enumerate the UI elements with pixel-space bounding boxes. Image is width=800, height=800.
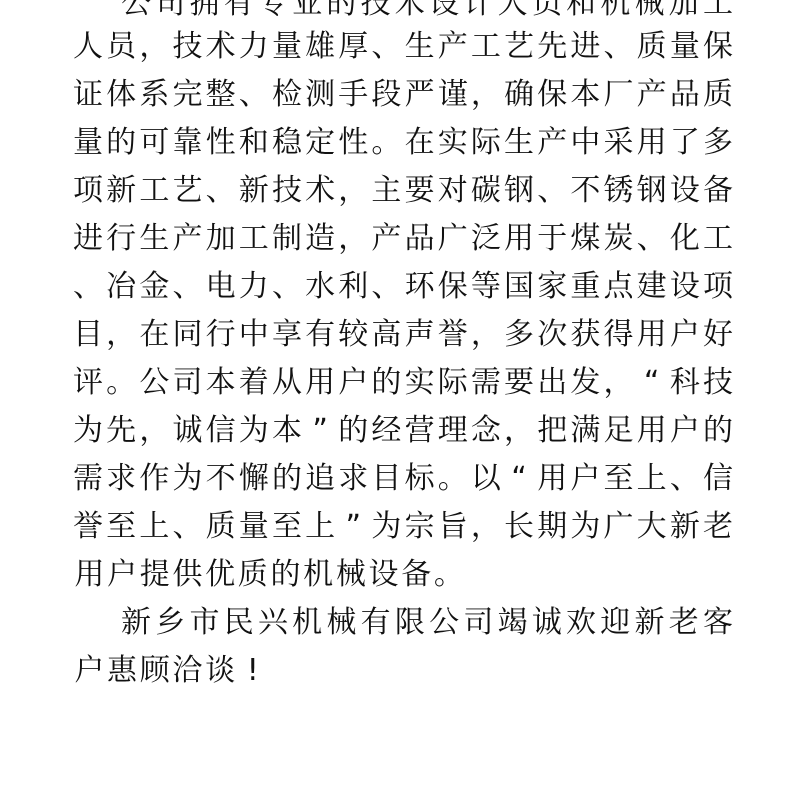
text-char: 。 bbox=[433, 555, 466, 595]
text-char: 质 bbox=[703, 75, 733, 115]
text-char: 长 bbox=[504, 507, 534, 547]
text-line: 项新工艺、新技术，主要对碳钢、不锈钢设备 bbox=[73, 171, 733, 211]
text-char: 迎 bbox=[600, 603, 630, 643]
text-line: 证体系完整、检测手段严谨，确保本厂产品质 bbox=[73, 75, 733, 115]
text-char: ” bbox=[305, 411, 335, 451]
text-char: 靠 bbox=[172, 123, 202, 163]
text-char: 宗 bbox=[405, 507, 435, 547]
text-char: 工 bbox=[703, 0, 733, 24]
text-char: 设 bbox=[670, 171, 700, 211]
text-char: 信 bbox=[206, 411, 236, 451]
text-char: 造 bbox=[305, 219, 335, 259]
text-char: 营 bbox=[405, 411, 435, 451]
text-char: 追 bbox=[305, 459, 335, 499]
text-char: 、 bbox=[272, 267, 302, 307]
text-char: 制 bbox=[272, 219, 302, 259]
text-line: 户惠顾洽谈! bbox=[73, 651, 733, 691]
text-char: 本 bbox=[570, 75, 600, 115]
text-char: 享 bbox=[272, 315, 302, 355]
text-char: 用 bbox=[537, 459, 567, 499]
text-char: 上 bbox=[305, 507, 335, 547]
text-char: 计 bbox=[463, 0, 493, 24]
text-char: 评 bbox=[73, 363, 103, 403]
text-char: 术 bbox=[305, 171, 335, 211]
text-char: 产 bbox=[172, 219, 202, 259]
text-char: 、 bbox=[637, 219, 667, 259]
text-char: ， bbox=[504, 411, 534, 451]
text-char: 发 bbox=[570, 363, 600, 403]
text-char: 至 bbox=[272, 507, 302, 547]
text-char: 测 bbox=[305, 75, 335, 115]
text-char: 、 bbox=[73, 267, 103, 307]
text-char: 获 bbox=[570, 315, 600, 355]
text-char: 量 bbox=[73, 123, 103, 163]
text-char: 生 bbox=[405, 27, 435, 67]
text-char: 户 bbox=[670, 315, 700, 355]
text-char: 新 bbox=[106, 171, 136, 211]
text-char: 、 bbox=[670, 459, 700, 499]
text-char: 、 bbox=[604, 27, 634, 67]
text-char: 誉 bbox=[73, 507, 103, 547]
text-char: 实 bbox=[438, 123, 468, 163]
text-char: 顾 bbox=[138, 651, 171, 691]
text-char: 先 bbox=[106, 411, 136, 451]
text-char: 惠 bbox=[106, 651, 139, 691]
text-char: 量 bbox=[272, 27, 302, 67]
text-char: 产 bbox=[371, 219, 401, 259]
text-char: 械 bbox=[635, 0, 665, 24]
text-char: 从 bbox=[272, 363, 302, 403]
text-char: 员 bbox=[106, 27, 136, 67]
text-char: 要 bbox=[405, 171, 435, 211]
text-char: 设 bbox=[670, 267, 700, 307]
text-char: 定 bbox=[305, 123, 335, 163]
text-char: 工 bbox=[471, 27, 501, 67]
text-char: 专 bbox=[258, 0, 288, 24]
text-char: 用 bbox=[637, 411, 667, 451]
text-char: 碳 bbox=[471, 171, 501, 211]
text-char: 系 bbox=[139, 75, 169, 115]
text-char: 用 bbox=[637, 315, 667, 355]
text-line: 人员，技术力量雄厚、生产工艺先进、质量保 bbox=[73, 27, 733, 67]
text-char: 备 bbox=[400, 555, 433, 595]
text-char: ， bbox=[139, 411, 169, 451]
text-char: 出 bbox=[537, 363, 567, 403]
text-char: 优 bbox=[204, 555, 237, 595]
text-char: 先 bbox=[537, 27, 567, 67]
text-char: 理 bbox=[438, 411, 468, 451]
text-char: 质 bbox=[236, 555, 269, 595]
text-line: 评。公司本着从用户的实际需要出发，“科技 bbox=[73, 363, 733, 403]
text-char: “ bbox=[637, 363, 667, 403]
text-char: 念 bbox=[471, 411, 501, 451]
text-char: 中 bbox=[239, 315, 269, 355]
text-char: 进 bbox=[73, 219, 103, 259]
text-char: 提 bbox=[138, 555, 171, 595]
text-char: 科 bbox=[670, 363, 700, 403]
text-char: 的 bbox=[269, 555, 302, 595]
text-char: 本 bbox=[272, 411, 302, 451]
text-char: 有 bbox=[224, 0, 254, 24]
text-char: 司 bbox=[155, 0, 185, 24]
text-char: 生 bbox=[504, 123, 534, 163]
text-char: 有 bbox=[305, 315, 335, 355]
text-char: 求 bbox=[106, 459, 136, 499]
text-line: 新乡市民兴机械有限公司竭诚欢迎新老客 bbox=[121, 603, 733, 643]
text-char: 为 bbox=[239, 411, 269, 451]
text-char: 信 bbox=[703, 459, 733, 499]
text-char: 期 bbox=[537, 507, 567, 547]
text-char: 加 bbox=[206, 219, 236, 259]
text-char: 。 bbox=[371, 123, 401, 163]
text-char: 产 bbox=[537, 123, 567, 163]
text-char: 械 bbox=[326, 603, 356, 643]
text-char: 、 bbox=[172, 267, 202, 307]
text-char: 品 bbox=[670, 75, 700, 115]
text-char: 力 bbox=[239, 27, 269, 67]
text-char: 保 bbox=[537, 75, 567, 115]
text-char: 公 bbox=[139, 363, 169, 403]
text-char: ! bbox=[236, 651, 269, 691]
text-char: 了 bbox=[670, 123, 700, 163]
text-char: 为 bbox=[570, 507, 600, 547]
text-char: 工 bbox=[139, 171, 169, 211]
text-char: 有 bbox=[361, 603, 391, 643]
text-char: 民 bbox=[224, 603, 254, 643]
text-char: 泛 bbox=[471, 219, 501, 259]
text-char: 产 bbox=[438, 27, 468, 67]
text-char: 生 bbox=[139, 219, 169, 259]
text-char: 水 bbox=[305, 267, 335, 307]
text-char: 在 bbox=[139, 315, 169, 355]
text-char: 稳 bbox=[272, 123, 302, 163]
text-char: 性 bbox=[206, 123, 236, 163]
text-line: 量的可靠性和稳定性。在实际生产中采用了多 bbox=[73, 123, 733, 163]
text-char: 市 bbox=[189, 603, 219, 643]
text-char: 在 bbox=[405, 123, 435, 163]
text-char: 为 bbox=[172, 459, 202, 499]
text-char: 要 bbox=[504, 363, 534, 403]
text-char: 好 bbox=[703, 315, 733, 355]
text-char: 机 bbox=[292, 603, 322, 643]
text-char: 钢 bbox=[504, 171, 534, 211]
text-char: ， bbox=[471, 75, 501, 115]
text-char: 量 bbox=[670, 27, 700, 67]
text-char: 上 bbox=[139, 507, 169, 547]
text-line: 需求作为不懈的追求目标。以“用户至上、信 bbox=[73, 459, 733, 499]
text-char: 不 bbox=[570, 171, 600, 211]
text-char: ， bbox=[604, 363, 634, 403]
text-char: 谨 bbox=[438, 75, 468, 115]
text-char: 进 bbox=[570, 27, 600, 67]
text-char: 满 bbox=[570, 411, 600, 451]
text-char: 经 bbox=[371, 411, 401, 451]
text-char: 手 bbox=[338, 75, 368, 115]
text-char: 质 bbox=[206, 507, 236, 547]
text-char: 员 bbox=[532, 0, 562, 24]
text-line: 誉至上、质量至上”为宗旨，长期为广大新老 bbox=[73, 507, 733, 547]
text-char: 金 bbox=[139, 267, 169, 307]
text-char: 械 bbox=[335, 555, 368, 595]
text-char: 誉 bbox=[438, 315, 468, 355]
text-char: ， bbox=[471, 315, 501, 355]
text-char: 作 bbox=[139, 459, 169, 499]
text-char: 可 bbox=[139, 123, 169, 163]
text-char: 重 bbox=[570, 267, 600, 307]
text-char: 整 bbox=[206, 75, 236, 115]
text-char: 品 bbox=[405, 219, 435, 259]
text-char: 建 bbox=[637, 267, 667, 307]
text-char: 户 bbox=[73, 651, 106, 691]
text-line: 公司拥有专业的技术设计人员和机械加工 bbox=[121, 0, 733, 24]
text-char: 雄 bbox=[305, 27, 335, 67]
text-char: 和 bbox=[239, 123, 269, 163]
text-char: 需 bbox=[471, 363, 501, 403]
text-char: 利 bbox=[338, 267, 368, 307]
text-char: 户 bbox=[338, 363, 368, 403]
text-char: 用 bbox=[73, 555, 106, 595]
text-char: 项 bbox=[703, 267, 733, 307]
text-char: 、 bbox=[371, 267, 401, 307]
text-char: 煤 bbox=[570, 219, 600, 259]
text-char: 户 bbox=[570, 459, 600, 499]
text-char: 术 bbox=[395, 0, 425, 24]
text-char: 体 bbox=[106, 75, 136, 115]
text-char: 艺 bbox=[172, 171, 202, 211]
text-char: 标 bbox=[405, 459, 435, 499]
text-line: 、冶金、电力、水利、环保等国家重点建设项 bbox=[73, 267, 733, 307]
text-char: 。 bbox=[438, 459, 468, 499]
text-char: 量 bbox=[239, 507, 269, 547]
document-body: 公司拥有专业的技术设计人员和机械加工 人员，技术力量雄厚、生产工艺先进、质量保 … bbox=[0, 0, 800, 800]
text-char: 限 bbox=[395, 603, 425, 643]
text-char: 本 bbox=[206, 363, 236, 403]
text-char: 、 bbox=[371, 27, 401, 67]
text-char: 次 bbox=[537, 315, 567, 355]
text-char: 技 bbox=[361, 0, 391, 24]
text-char: 、 bbox=[172, 507, 202, 547]
text-char: 化 bbox=[670, 219, 700, 259]
text-char: 技 bbox=[703, 363, 733, 403]
text-char: 工 bbox=[239, 219, 269, 259]
text-char: 的 bbox=[371, 363, 401, 403]
text-char: 厚 bbox=[338, 27, 368, 67]
text-char: 电 bbox=[206, 267, 236, 307]
text-char: 点 bbox=[604, 267, 634, 307]
text-char: 锈 bbox=[604, 171, 634, 211]
text-char: 洽 bbox=[171, 651, 204, 691]
text-char: 对 bbox=[438, 171, 468, 211]
text-char: 实 bbox=[405, 363, 435, 403]
text-char: 检 bbox=[272, 75, 302, 115]
text-char: 公 bbox=[429, 603, 459, 643]
text-char: 业 bbox=[292, 0, 322, 24]
text-char: 产 bbox=[637, 75, 667, 115]
text-char: 的 bbox=[272, 459, 302, 499]
text-char: 机 bbox=[302, 555, 335, 595]
text-line: 用户提供优质的机械设备。 bbox=[73, 555, 733, 595]
text-line: 进行生产加工制造，产品广泛用于煤炭、化工 bbox=[73, 219, 733, 259]
text-char: 以 bbox=[471, 459, 501, 499]
text-char: ” bbox=[338, 507, 368, 547]
text-char: 行 bbox=[206, 315, 236, 355]
text-char: ， bbox=[338, 219, 368, 259]
text-char: 冶 bbox=[106, 267, 136, 307]
text-char: 技 bbox=[272, 171, 302, 211]
text-char: 国 bbox=[504, 267, 534, 307]
text-char: 环 bbox=[405, 267, 435, 307]
text-char: 得 bbox=[604, 315, 634, 355]
text-char: 加 bbox=[669, 0, 699, 24]
text-char: 同 bbox=[172, 315, 202, 355]
text-char: 求 bbox=[338, 459, 368, 499]
text-char: 新 bbox=[670, 507, 700, 547]
text-char: 证 bbox=[73, 75, 103, 115]
text-char: 、 bbox=[537, 171, 567, 211]
text-char: 至 bbox=[604, 459, 634, 499]
text-char: 公 bbox=[121, 0, 151, 24]
text-char: 机 bbox=[600, 0, 630, 24]
text-char: ， bbox=[139, 27, 169, 67]
text-char: 人 bbox=[498, 0, 528, 24]
text-char: “ bbox=[504, 459, 534, 499]
text-char: 保 bbox=[703, 27, 733, 67]
text-char: 质 bbox=[637, 27, 667, 67]
text-char: 于 bbox=[537, 219, 567, 259]
text-line: 为先，诚信为本”的经营理念，把满足用户的 bbox=[73, 411, 733, 451]
text-char: 多 bbox=[703, 123, 733, 163]
text-char: 确 bbox=[504, 75, 534, 115]
text-char: 较 bbox=[338, 315, 368, 355]
text-char: 需 bbox=[73, 459, 103, 499]
text-char: 际 bbox=[438, 363, 468, 403]
text-char: 目 bbox=[73, 315, 103, 355]
text-char: 为 bbox=[73, 411, 103, 451]
text-char: 谈 bbox=[204, 651, 237, 691]
text-char: 炭 bbox=[604, 219, 634, 259]
text-char: 客 bbox=[703, 603, 733, 643]
text-char: 用 bbox=[305, 363, 335, 403]
text-char: 、 bbox=[239, 75, 269, 115]
text-char: 项 bbox=[73, 171, 103, 211]
text-char: 保 bbox=[438, 267, 468, 307]
text-char: 老 bbox=[703, 507, 733, 547]
text-char: 中 bbox=[570, 123, 600, 163]
text-char: 新 bbox=[239, 171, 269, 211]
text-char: 等 bbox=[471, 267, 501, 307]
text-char: 的 bbox=[338, 411, 368, 451]
text-char: 兴 bbox=[258, 603, 288, 643]
text-char: 力 bbox=[239, 267, 269, 307]
text-char: 新 bbox=[635, 603, 665, 643]
text-char: ， bbox=[471, 507, 501, 547]
text-char: 设 bbox=[429, 0, 459, 24]
text-char: 欢 bbox=[566, 603, 596, 643]
text-char: 至 bbox=[106, 507, 136, 547]
text-char: 多 bbox=[504, 315, 534, 355]
text-char: 旨 bbox=[438, 507, 468, 547]
text-char: 的 bbox=[106, 123, 136, 163]
text-char: 乡 bbox=[155, 603, 185, 643]
text-char: 严 bbox=[405, 75, 435, 115]
text-char: 行 bbox=[106, 219, 136, 259]
text-char: 供 bbox=[171, 555, 204, 595]
text-char: 家 bbox=[537, 267, 567, 307]
text-char: 钢 bbox=[637, 171, 667, 211]
text-char: 拥 bbox=[189, 0, 219, 24]
text-char: 广 bbox=[438, 219, 468, 259]
text-char: 段 bbox=[371, 75, 401, 115]
text-char: 司 bbox=[172, 363, 202, 403]
text-char: 完 bbox=[172, 75, 202, 115]
text-char: 把 bbox=[537, 411, 567, 451]
text-char: ， bbox=[106, 315, 136, 355]
text-char: 备 bbox=[703, 171, 733, 211]
text-char: 户 bbox=[670, 411, 700, 451]
text-char: 诚 bbox=[172, 411, 202, 451]
text-char: 际 bbox=[471, 123, 501, 163]
text-char: 人 bbox=[73, 27, 103, 67]
text-char: 高 bbox=[371, 315, 401, 355]
text-char: 。 bbox=[106, 363, 136, 403]
text-char: 司 bbox=[463, 603, 493, 643]
text-char: 户 bbox=[106, 555, 139, 595]
text-char: 竭 bbox=[498, 603, 528, 643]
text-char: 足 bbox=[604, 411, 634, 451]
text-char: 用 bbox=[504, 219, 534, 259]
text-char: 设 bbox=[367, 555, 400, 595]
text-char: 新 bbox=[121, 603, 151, 643]
text-char: 主 bbox=[371, 171, 401, 211]
text-char: 声 bbox=[405, 315, 435, 355]
text-char: 老 bbox=[669, 603, 699, 643]
text-char: 采 bbox=[604, 123, 634, 163]
text-char: 上 bbox=[637, 459, 667, 499]
text-char: 用 bbox=[637, 123, 667, 163]
text-char: 术 bbox=[206, 27, 236, 67]
text-char: 、 bbox=[206, 171, 236, 211]
text-char: 的 bbox=[326, 0, 356, 24]
text-char: 诚 bbox=[532, 603, 562, 643]
text-char: ， bbox=[338, 171, 368, 211]
text-char: 着 bbox=[239, 363, 269, 403]
text-char: 工 bbox=[703, 219, 733, 259]
text-char: 懈 bbox=[239, 459, 269, 499]
text-char: 厂 bbox=[604, 75, 634, 115]
text-char: 技 bbox=[172, 27, 202, 67]
text-char: 艺 bbox=[504, 27, 534, 67]
text-char: 大 bbox=[637, 507, 667, 547]
text-char: 广 bbox=[604, 507, 634, 547]
text-char: 目 bbox=[371, 459, 401, 499]
text-char: 不 bbox=[206, 459, 236, 499]
text-char: 和 bbox=[566, 0, 596, 24]
text-char: 性 bbox=[338, 123, 368, 163]
text-line: 目，在同行中享有较高声誉，多次获得用户好 bbox=[73, 315, 733, 355]
text-char: 为 bbox=[371, 507, 401, 547]
text-char: 的 bbox=[703, 411, 733, 451]
